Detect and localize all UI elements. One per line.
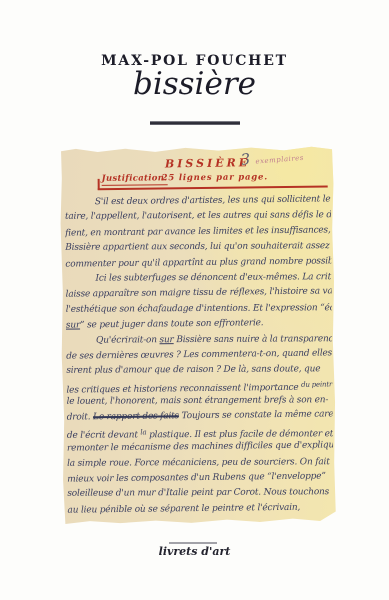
manuscript-text-segment: commenter pour qu'il appartînt au plus g…	[65, 256, 331, 269]
justification-underline	[98, 185, 328, 189]
manuscript-text-segment: du peintre,	[301, 380, 332, 388]
manuscript-text-segment: Toujours se constate la même carence	[179, 410, 333, 422]
manuscript-text-segment: Ici les subterfuges se dénoncent d'eux-m…	[95, 272, 331, 284]
manuscript-text-segment: Bissière appartient aux seconds, lui qu'…	[65, 241, 329, 253]
manuscript-text-segment: au lieu pénible où se séparent le peintr…	[67, 503, 300, 516]
manuscript-text-segment: de l'écrit devant	[67, 430, 141, 440]
manuscript-text-segment: de ses dernières œuvres ? Les commentera…	[66, 348, 332, 361]
manuscript-text-segment: la simple roue. Force mécaniciens, peu d…	[67, 457, 330, 469]
manuscript-line: au lieu pénible où se séparent le peintr…	[67, 500, 333, 519]
manuscript-text-segment: fient, en montrant par avance les limite…	[65, 225, 331, 238]
title-divider	[150, 121, 240, 125]
footer-divider	[169, 542, 217, 544]
manuscript-text-segment: soleilleuse d'un mur d'Italie peint par …	[67, 488, 329, 500]
manuscript-text-segment: droit.	[67, 413, 93, 423]
manuscript-text-segment: Qu'écrirait-on	[96, 335, 160, 345]
manuscript-text-segment: sur	[66, 321, 80, 331]
manuscript-line: Bissière appartient aux seconds, lui qu'…	[65, 239, 331, 256]
manuscript-photo: 3 exemplaires BISSIÈRE Justification. 25…	[59, 146, 336, 525]
manuscript-text-segment: Bissière sans nuire à la transparence	[174, 334, 332, 345]
manuscript-body: S'il est deux ordres d'artistes, les uns…	[65, 193, 334, 519]
manuscript-text-segment: sirent plus d'amour que de raison ? De l…	[66, 365, 320, 377]
justification-value: 25 lignes par page.	[162, 172, 268, 183]
manuscript-text-segment: taire, l'appellent, l'autorisent, et les…	[65, 211, 331, 223]
book-title: bissière	[0, 66, 389, 102]
manuscript-text-segment: le louent, l'honorent, mais sont étrange…	[67, 395, 329, 407]
justification-label: Justification.	[102, 173, 168, 186]
manuscript-text-segment: Le rapport des faits	[93, 412, 179, 423]
manuscript-text-segment: l'esthétique son échafaudage d'intention…	[66, 303, 332, 315]
manuscript-text-segment: laisse apparaître son maigre tissu de ré…	[66, 286, 332, 299]
manuscript-title: BISSIÈRE	[59, 155, 333, 172]
publisher-imprint: livrets d'art	[0, 545, 389, 558]
manuscript-text-segment: sur	[159, 335, 173, 345]
manuscript-text-segment: S'il est deux ordres d'artistes, les uns…	[95, 194, 331, 207]
manuscript-text-segment: mieux voir les composantes d'un Rubens q…	[67, 471, 326, 484]
manuscript-text-segment: ” se peut juger dans toute son effronter…	[80, 318, 264, 330]
book-cover: MAX-POL FOUCHET bissière 3 exemplaires B…	[0, 0, 389, 600]
manuscript-text-segment: remonter le mécanisme des machines diffi…	[67, 440, 333, 453]
manuscript-line: sur” se peut juger dans toute son effron…	[66, 315, 332, 334]
